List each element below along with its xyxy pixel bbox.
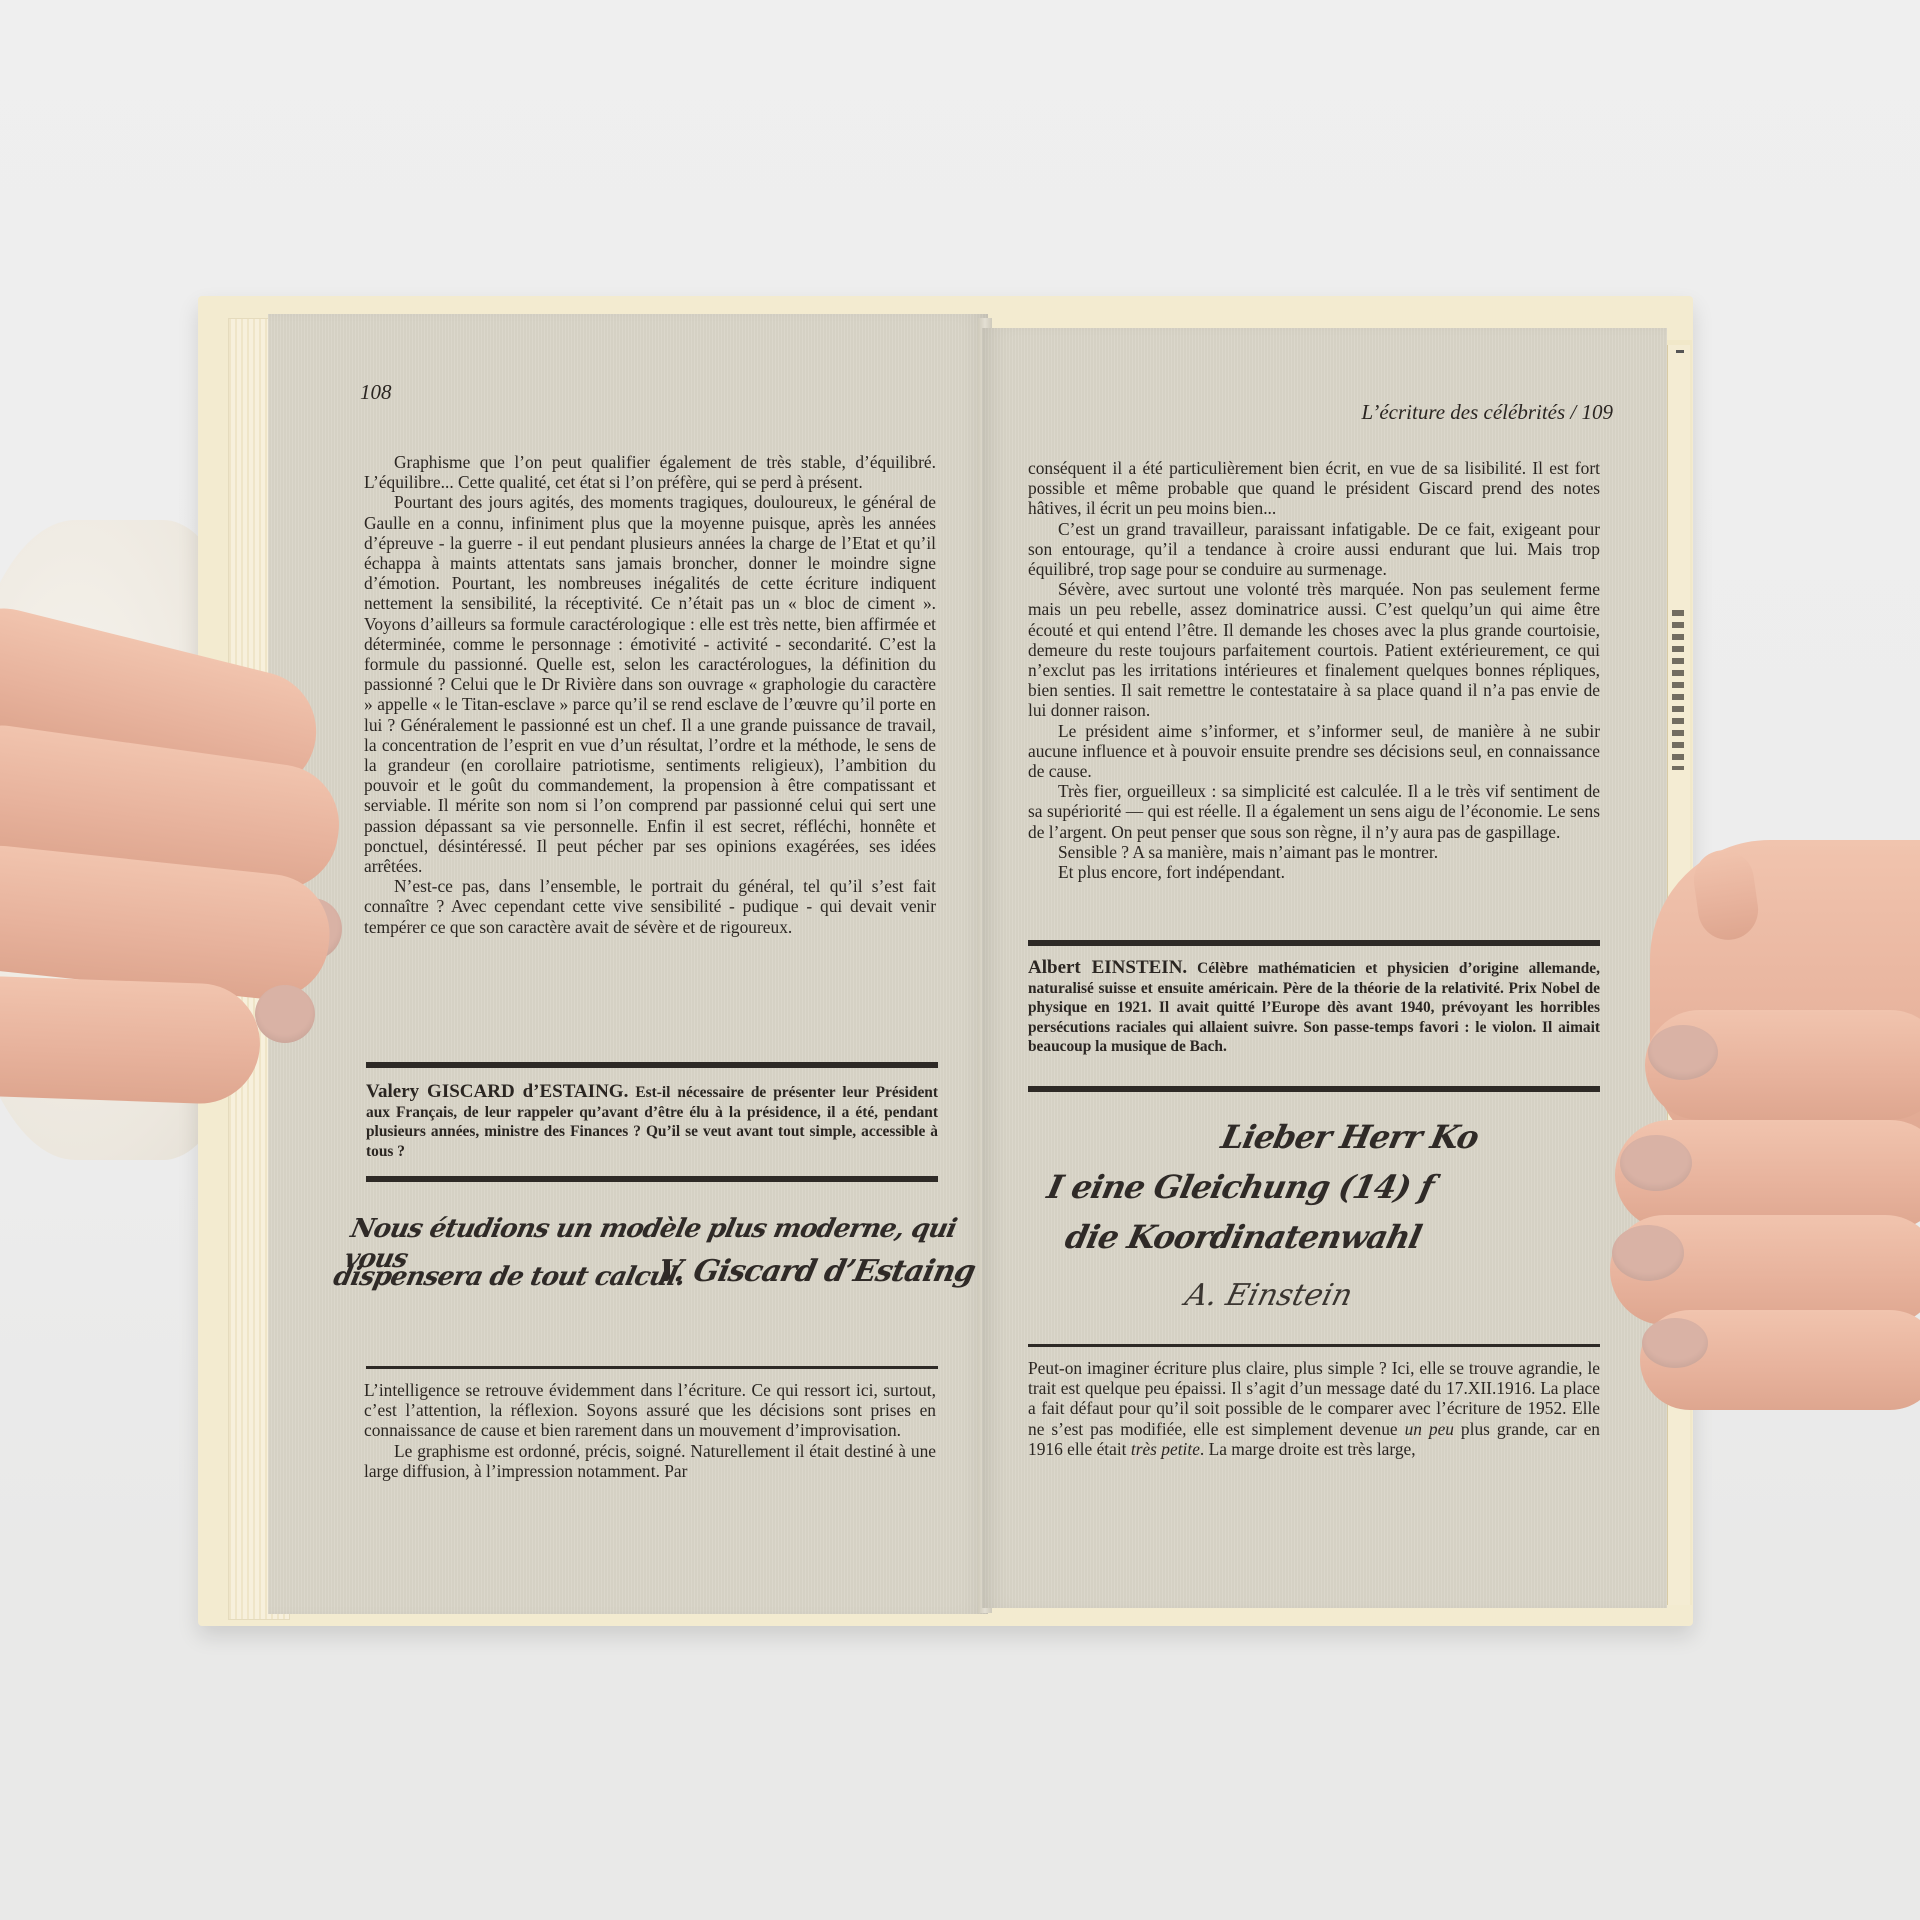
- section-rule: [1028, 1086, 1600, 1092]
- section-rule: [366, 1062, 938, 1068]
- finger: [0, 974, 262, 1105]
- italic-text: très petite: [1131, 1439, 1200, 1459]
- italic-text: un peu: [1405, 1419, 1454, 1439]
- section-rule: [1028, 940, 1600, 946]
- handwriting-line: dispensera de tout calcul.: [331, 1262, 688, 1292]
- page-number: 108: [360, 380, 392, 405]
- right-after-text: Peut-on imaginer écriture plus claire, p…: [1028, 1358, 1600, 1459]
- fingernail: [1648, 1025, 1718, 1080]
- text-run: . La marge droite est très large,: [1200, 1439, 1416, 1459]
- section-rule: [366, 1366, 938, 1369]
- handwriting-line: I eine Gleichung (14) f: [1044, 1168, 1437, 1206]
- paragraph: Très fier, orgueilleux : sa simplicité e…: [1028, 781, 1600, 842]
- fingernail: [255, 985, 315, 1043]
- edge-barcode-marks: [1672, 610, 1684, 770]
- section-rule: [366, 1176, 938, 1182]
- bio-giscard: Valery GISCARD d’ESTAING. Est-il nécessa…: [366, 1082, 938, 1161]
- edge-mark: [1676, 350, 1684, 353]
- paragraph: N’est-ce pas, dans l’ensemble, le portra…: [364, 876, 936, 937]
- left-after-text: L’intelligence se retrouve évidemment da…: [364, 1380, 936, 1481]
- paragraph: Sévère, avec surtout une volonté très ma…: [1028, 579, 1600, 720]
- paragraph: Le président aime s’informer, et s’infor…: [1028, 721, 1600, 782]
- fingernail: [1642, 1318, 1708, 1368]
- right-body-text: conséquent il a été particulièrement bie…: [1028, 458, 1600, 882]
- fingernail: [1612, 1225, 1684, 1281]
- paragraph: Et plus encore, fort indépendant.: [1028, 862, 1600, 882]
- paragraph: Le graphisme est ordonné, précis, soigné…: [364, 1441, 936, 1481]
- handwriting-line: die Koordinatenwahl: [1062, 1218, 1424, 1256]
- paragraph: L’intelligence se retrouve évidemment da…: [364, 1380, 936, 1441]
- handwritten-signature: A. Einstein: [1182, 1278, 1356, 1313]
- fingernail: [1620, 1135, 1692, 1191]
- right-page: L’écriture des célébrités / 109 conséque…: [982, 328, 1667, 1608]
- paragraph: Sensible ? A sa manière, mais n’aimant p…: [1028, 842, 1600, 862]
- paragraph: Pourtant des jours agités, des moments t…: [364, 492, 936, 876]
- running-head: L’écriture des célébrités / 109: [1361, 400, 1613, 425]
- left-body-text: Graphisme que l’on peut qualifier égalem…: [364, 452, 936, 937]
- bio-einstein: Albert EINSTEIN. Célèbre mathématicien e…: [1028, 958, 1600, 1057]
- section-rule: [1028, 1344, 1600, 1347]
- left-page: 108 Graphisme que l’on peut qualifier ég…: [268, 314, 988, 1614]
- bio-name: Valery GISCARD d’ESTAING.: [366, 1081, 628, 1102]
- paragraph: conséquent il a été particulièrement bie…: [1028, 458, 1600, 519]
- handwriting-line: Lieber Herr Ko: [1218, 1118, 1482, 1156]
- paragraph: C’est un grand travailleur, paraissant i…: [1028, 519, 1600, 580]
- handwritten-signature: V. Giscard d’Estaing: [654, 1254, 978, 1289]
- paragraph: Graphisme que l’on peut qualifier égalem…: [364, 452, 936, 492]
- bio-name: Albert EINSTEIN.: [1028, 957, 1187, 978]
- paragraph: Peut-on imaginer écriture plus claire, p…: [1028, 1358, 1600, 1459]
